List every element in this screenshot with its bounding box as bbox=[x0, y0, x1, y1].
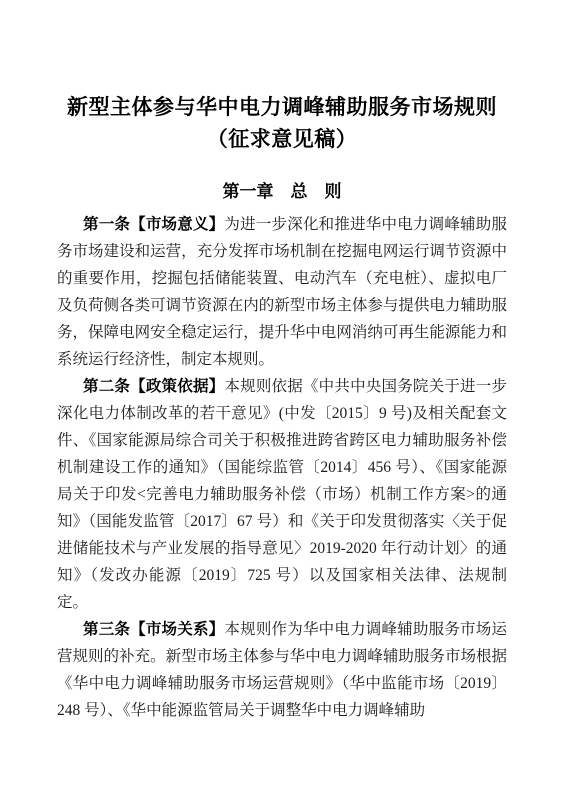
clause-article-3: 第三条【市场关系】本规则作为华中电力调峰辅助服务市场运营规则的补充。新型市场主体… bbox=[57, 616, 507, 724]
clause-article-1: 第一条【市场意义】为进一步深化和推进华中电力调峰辅助服务市场建设和运营，充分发挥… bbox=[57, 211, 507, 373]
clause-article-2: 第二条【政策依据】本规则依据《中共中央国务院关于进一步深化电力体制改革的若干意见… bbox=[57, 373, 507, 616]
document-content: 新型主体参与华中电力调峰辅助服务市场规则 （征求意见稿） 第一章 总 则 第一条… bbox=[0, 0, 565, 724]
document-title: 新型主体参与华中电力调峰辅助服务市场规则 （征求意见稿） bbox=[57, 92, 507, 156]
document-title-line1: 新型主体参与华中电力调峰辅助服务市场规则 bbox=[57, 92, 507, 124]
document-title-line2: （征求意见稿） bbox=[57, 124, 507, 156]
document-page: 新型主体参与华中电力调峰辅助服务市场规则 （征求意见稿） 第一章 总 则 第一条… bbox=[0, 0, 565, 800]
clause-article-2-text: 本规则依据《中共中央国务院关于进一步深化电力体制改革的若干意见》(中发〔2015… bbox=[57, 378, 507, 611]
clause-article-2-lead: 第二条【政策依据】 bbox=[83, 378, 224, 395]
clause-article-1-lead: 第一条【市场意义】 bbox=[83, 216, 224, 233]
clause-article-1-text: 为进一步深化和推进华中电力调峰辅助服务市场建设和运营，充分发挥市场机制在挖掘电网… bbox=[57, 216, 507, 368]
clause-article-3-lead: 第三条【市场关系】 bbox=[83, 621, 224, 638]
chapter-heading: 第一章 总 则 bbox=[57, 182, 507, 202]
clauses-section: 第一条【市场意义】为进一步深化和推进华中电力调峰辅助服务市场建设和运营，充分发挥… bbox=[57, 211, 507, 724]
